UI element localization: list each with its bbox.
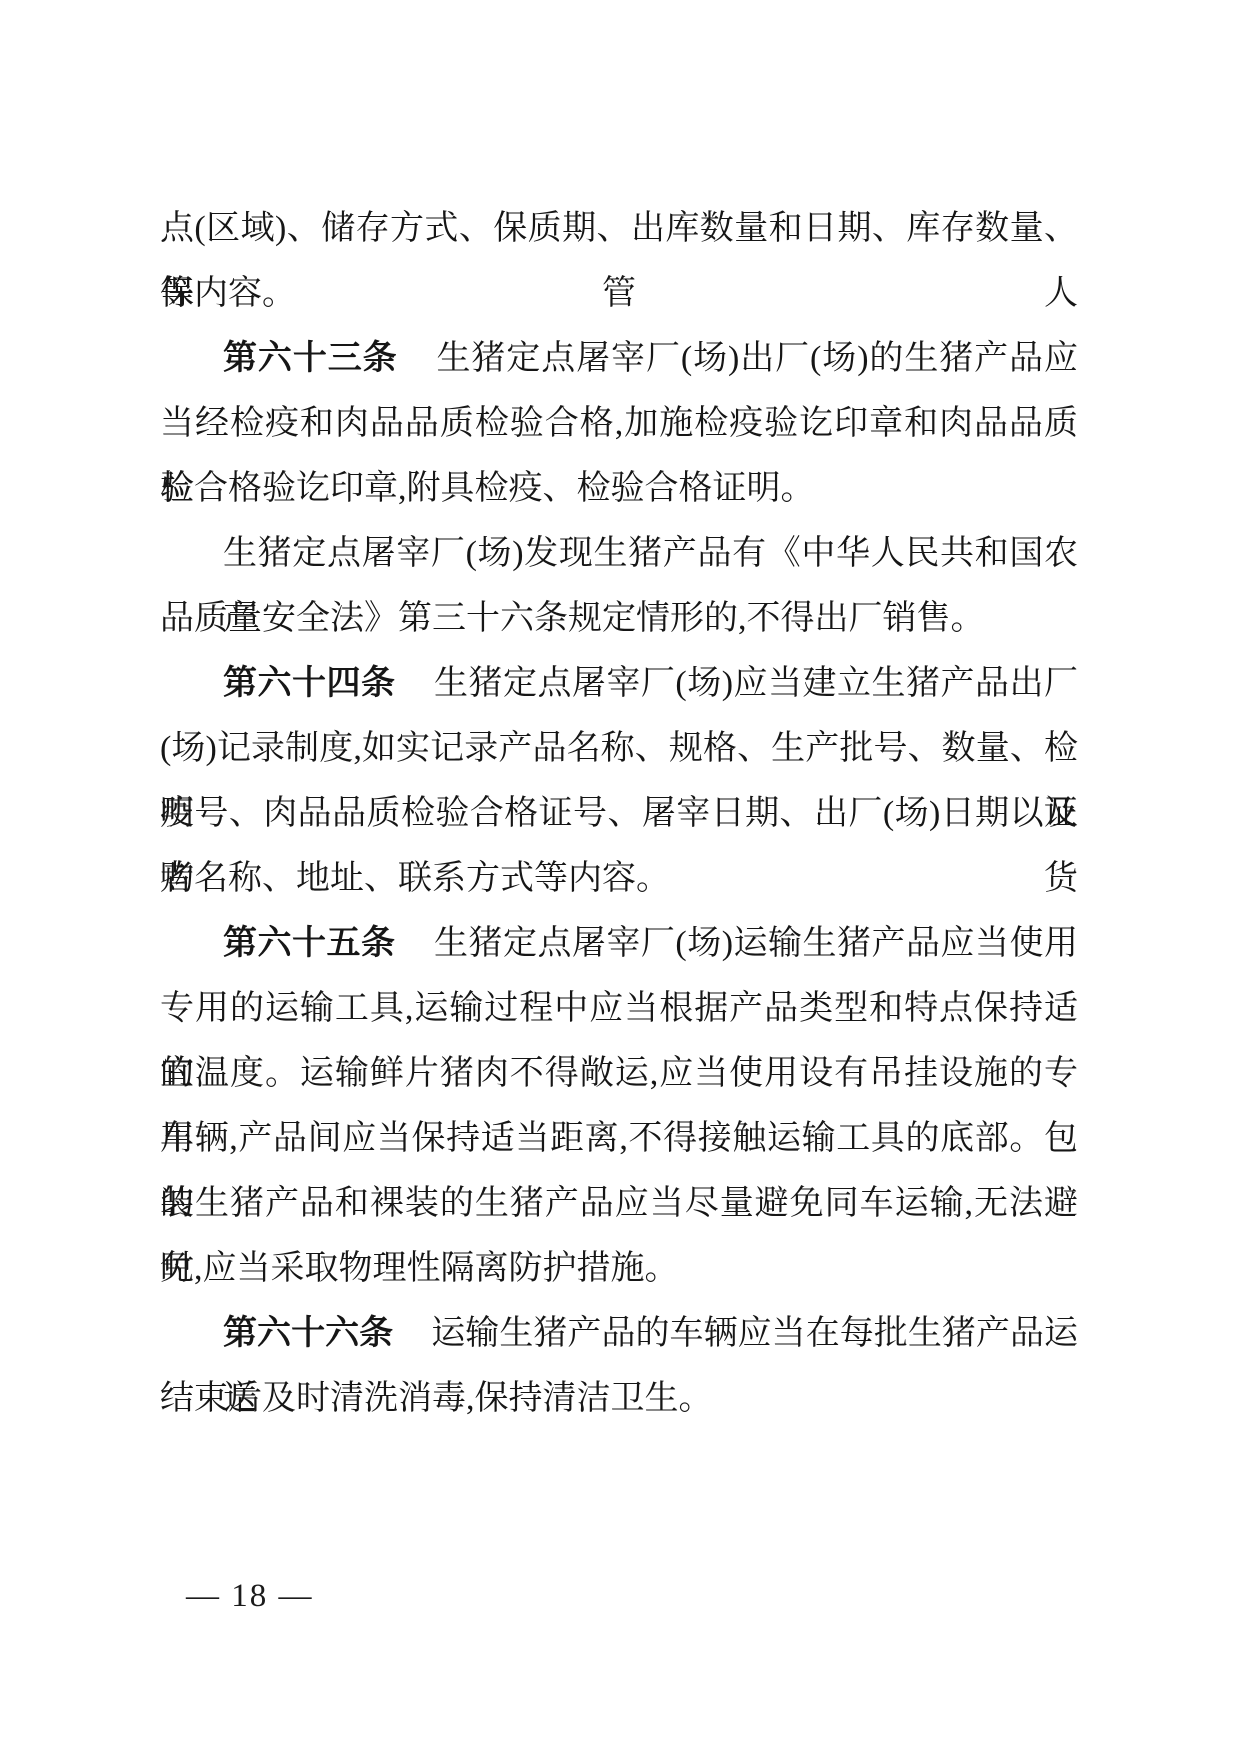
article-gap: [393, 1343, 431, 1344]
text-line: (场)记录制度,如实记录产品名称、规格、生产批号、数量、检疫证: [160, 716, 1078, 781]
page-background: 点(区域)、储存方式、保质期、出库数量和日期、库存数量、保管人等内容。第六十三条…: [0, 0, 1240, 1754]
line-text: 点(区域)、储存方式、保质期、出库数量和日期、库存数量、保管人: [160, 210, 1078, 312]
article-heading-line: 第六十四条生猪定点屠宰厂(场)应当建立生猪产品出厂: [160, 651, 1078, 716]
text-line: 的温度。运输鲜片猪肉不得敞运,应当使用设有吊挂设施的专用: [160, 1041, 1078, 1106]
article-number: 第六十四条: [223, 665, 395, 702]
line-text: 生猪定点屠宰厂(场)运输生猪产品应当使用: [433, 925, 1078, 962]
article-number: 第六十六条: [223, 1315, 393, 1352]
line-text: 生猪定点屠宰厂(场)应当建立生猪产品出厂: [433, 665, 1078, 702]
page-number: — 18 —: [186, 1576, 314, 1616]
article-heading-line: 第六十六条运输生猪产品的车辆应当在每批生猪产品运送: [160, 1301, 1078, 1366]
text-line: 点(区域)、储存方式、保质期、出库数量和日期、库存数量、保管人: [160, 196, 1078, 261]
line-text: 品质量安全法》第三十六条规定情形的,不得出厂销售。: [160, 600, 985, 637]
article-number: 第六十五条: [223, 925, 395, 962]
text-line: 的生猪产品和裸装的生猪产品应当尽量避免同车运输,无法避免: [160, 1171, 1078, 1236]
text-block: 点(区域)、储存方式、保质期、出库数量和日期、库存数量、保管人等内容。第六十三条…: [160, 196, 1078, 1431]
text-line: 专用的运输工具,运输过程中应当根据产品类型和特点保持适宜: [160, 976, 1078, 1041]
text-line: 当经检疫和肉品品质检验合格,加施检疫验讫印章和肉品品质检: [160, 391, 1078, 456]
line-text: 者名称、地址、联系方式等内容。: [160, 860, 670, 897]
document-page: { "document": { "language": "zh-CN", "li…: [0, 0, 1240, 1754]
article-gap: [398, 368, 436, 369]
line-text: 时,应当采取物理性隔离防护措施。: [160, 1250, 679, 1287]
line-text: 等内容。: [160, 275, 296, 312]
article-number: 第六十三条: [223, 340, 398, 377]
text-line: 时,应当采取物理性隔离防护措施。: [160, 1236, 1078, 1301]
article-gap: [395, 693, 433, 694]
article-gap: [395, 953, 433, 954]
text-line: 明号、肉品品质检验合格证号、屠宰日期、出厂(场)日期以及购货: [160, 781, 1078, 846]
text-line: 车辆,产品间应当保持适当距离,不得接触运输工具的底部。包装: [160, 1106, 1078, 1171]
article-heading-line: 第六十五条生猪定点屠宰厂(场)运输生猪产品应当使用: [160, 911, 1078, 976]
text-line: 品质量安全法》第三十六条规定情形的,不得出厂销售。: [160, 586, 1078, 651]
text-line: 生猪定点屠宰厂(场)发现生猪产品有《中华人民共和国农产: [160, 521, 1078, 586]
line-text: 结束后及时清洗消毒,保持清洁卫生。: [160, 1380, 713, 1417]
article-heading-line: 第六十三条生猪定点屠宰厂(场)出厂(场)的生猪产品应: [160, 326, 1078, 391]
line-text: 验合格验讫印章,附具检疫、检验合格证明。: [160, 470, 815, 507]
text-line: 验合格验讫印章,附具检疫、检验合格证明。: [160, 456, 1078, 521]
line-text: 生猪定点屠宰厂(场)出厂(场)的生猪产品应: [436, 340, 1078, 377]
text-line: 结束后及时清洗消毒,保持清洁卫生。: [160, 1366, 1078, 1431]
